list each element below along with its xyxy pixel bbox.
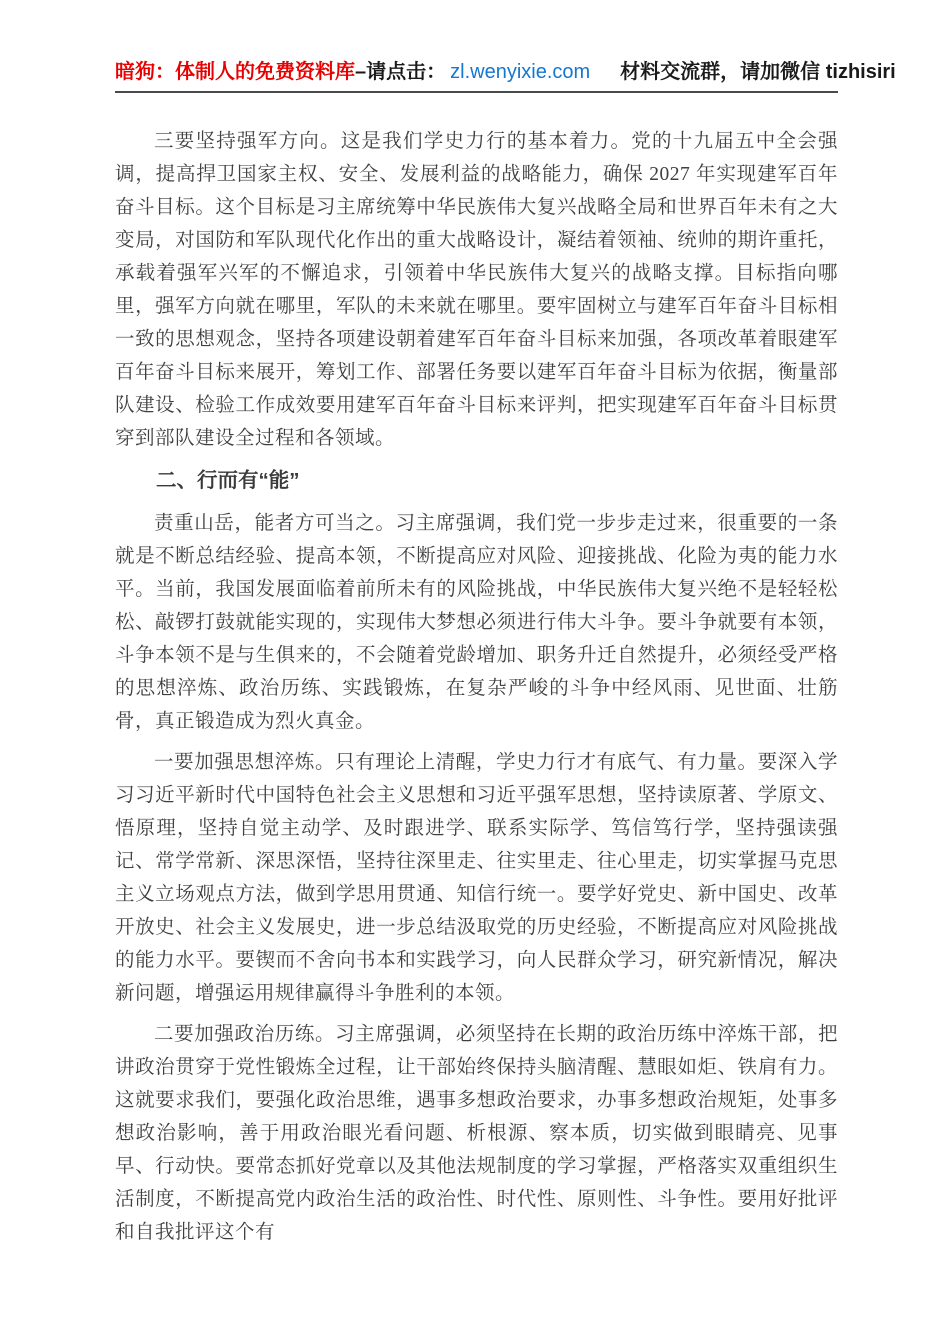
- article-content: 三要坚持强军方向。这是我们学史力行的基本着力。党的十九届五中全会强调，提高捍卫国…: [115, 125, 838, 1257]
- paragraph-political-experience: 二要加强政治历练。习主席强调，必须坚持在长期的政治历练中淬炼干部，把讲政治贯穿于…: [115, 1018, 838, 1249]
- paragraph-strengthen-military: 三要坚持强军方向。这是我们学史力行的基本着力。党的十九届五中全会强调，提高捍卫国…: [115, 125, 838, 455]
- paragraph-ability-intro: 责重山岳，能者方可当之。习主席强调，我们党一步步走过来，很重要的一条就是不断总结…: [115, 507, 838, 738]
- group-note: 材料交流群，请加微信 tizhisiri: [620, 61, 896, 83]
- promo-header: 暗狗：体制人的免费资料库–请点击：zl.wenyixie.com材料交流群，请加…: [115, 58, 838, 93]
- site-link[interactable]: zl.wenyixie.com: [450, 61, 590, 83]
- site-name: 暗狗：体制人的免费资料库: [115, 61, 355, 83]
- document-page: 暗狗：体制人的免费资料库–请点击：zl.wenyixie.com材料交流群，请加…: [0, 0, 950, 1344]
- click-hint: –请点击：: [355, 61, 446, 83]
- paragraph-thought-tempering: 一要加强思想淬炼。只有理论上清醒，学史力行才有底气、有力量。要深入学习习近平新时…: [115, 746, 838, 1010]
- section-heading: 二、行而有“能”: [115, 464, 838, 497]
